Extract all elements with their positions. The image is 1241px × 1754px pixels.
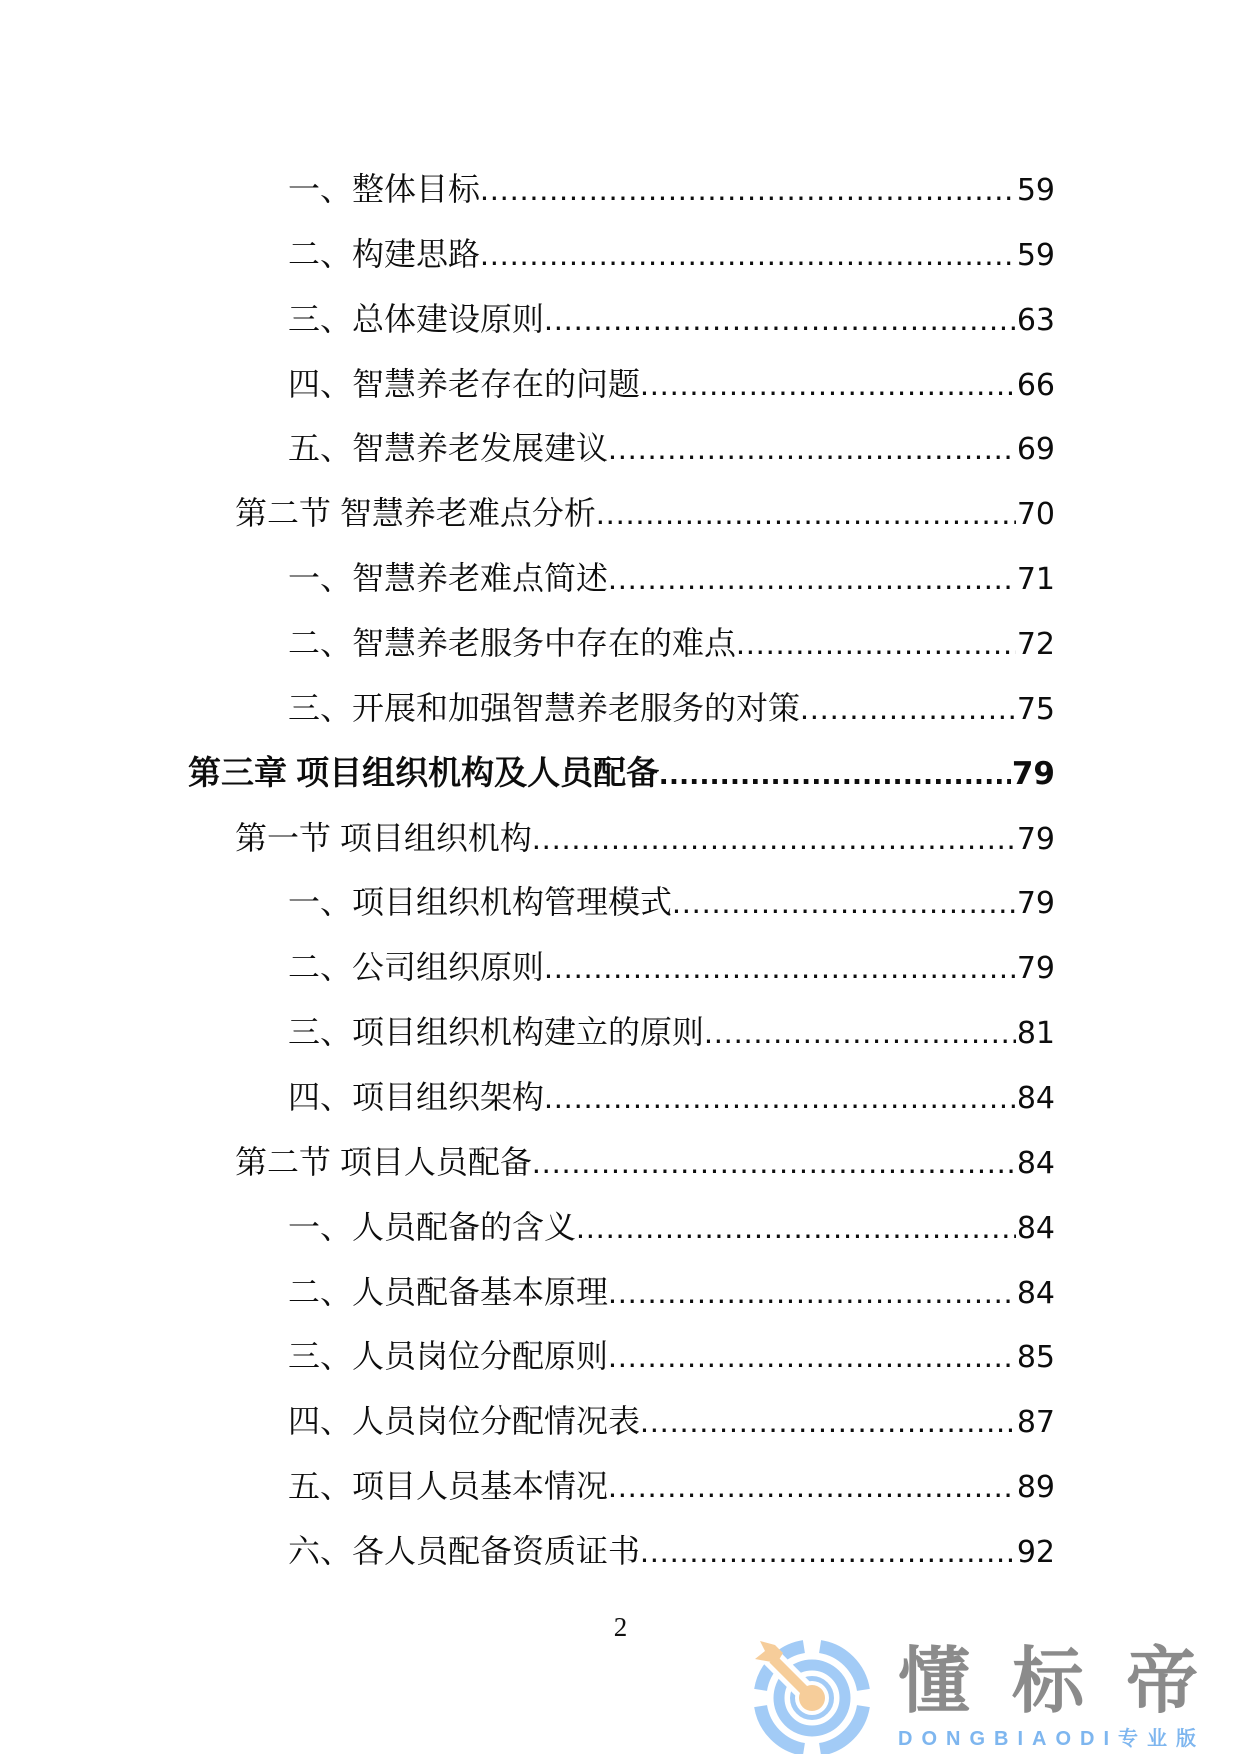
toc-entry-label: 六、各人员配备资质证书 — [288, 1519, 640, 1584]
toc-leader-dots — [608, 546, 1016, 611]
toc-entry-label: 四、项目组织架构 — [288, 1065, 544, 1130]
toc-leader-dots — [672, 870, 1016, 935]
toc-entry: 第二节 项目人员配备 84 — [235, 1130, 1055, 1195]
toc-leader-dots — [608, 1324, 1016, 1389]
toc-leader-dots — [544, 935, 1016, 1000]
toc-entry-page-number: 79 — [1011, 742, 1055, 807]
toc-entry: 一、整体目标 59 — [288, 157, 1055, 222]
dongbiaodi-watermark: 懂标帝 DONGBIAODI专业版 — [752, 1632, 1241, 1754]
toc-entry-label: 第二节 项目人员配备 — [235, 1130, 532, 1195]
target-bullseye-icon — [752, 1638, 872, 1754]
toc-entry: 四、人员岗位分配情况表 87 — [288, 1389, 1055, 1454]
toc-leader-dots — [544, 1065, 1016, 1130]
toc-entry: 三、人员岗位分配原则 85 — [288, 1324, 1055, 1389]
toc-entry-page-number: 72 — [1016, 613, 1055, 678]
toc-entry: 第一节 项目组织机构 79 — [235, 806, 1055, 871]
toc-entry: 六、各人员配备资质证书 92 — [288, 1519, 1055, 1584]
toc-entry-page-number: 89 — [1016, 1456, 1055, 1521]
toc-leader-dots — [608, 1260, 1016, 1325]
toc-entry-page-number: 63 — [1016, 289, 1055, 354]
toc-entry: 三、总体建设原则 63 — [288, 287, 1055, 352]
toc-entry-label: 第三章 项目组织机构及人员配备 — [188, 741, 659, 806]
toc-leader-dots — [640, 1389, 1016, 1454]
toc-entry: 五、智慧养老发展建议 69 — [288, 416, 1055, 481]
toc-leader-dots — [576, 1195, 1016, 1260]
toc-entry-page-number: 59 — [1016, 224, 1055, 289]
toc-leader-dots — [659, 741, 1011, 806]
toc-entry-page-number: 59 — [1016, 159, 1055, 224]
table-of-contents: 一、整体目标 59 二、构建思路 59 三、总体建设原则 63 四、智慧养老存在… — [0, 0, 1241, 1584]
toc-entry-label: 三、总体建设原则 — [288, 287, 544, 352]
toc-entry-label: 第一节 项目组织机构 — [235, 806, 532, 871]
toc-entry-page-number: 81 — [1016, 1002, 1055, 1067]
toc-entry-label: 一、人员配备的含义 — [288, 1195, 576, 1260]
toc-leader-dots — [532, 1130, 1016, 1195]
toc-entry: 一、项目组织机构管理模式 79 — [288, 870, 1055, 935]
toc-leader-dots — [596, 481, 1016, 546]
toc-leader-dots — [800, 676, 1016, 741]
toc-leader-dots — [544, 287, 1016, 352]
toc-entry-page-number: 69 — [1016, 418, 1055, 483]
toc-entry: 第二节 智慧养老难点分析 70 — [235, 481, 1055, 546]
toc-entry-page-number: 79 — [1016, 872, 1055, 937]
toc-entry-label: 第二节 智慧养老难点分析 — [235, 481, 596, 546]
toc-entry-page-number: 75 — [1016, 678, 1055, 743]
toc-entry-label: 三、项目组织机构建立的原则 — [288, 1000, 704, 1065]
toc-entry: 二、公司组织原则 79 — [288, 935, 1055, 1000]
toc-entry: 一、智慧养老难点简述 71 — [288, 546, 1055, 611]
toc-entry-label: 二、构建思路 — [288, 222, 480, 287]
toc-leader-dots — [532, 806, 1016, 871]
toc-leader-dots — [608, 1454, 1016, 1519]
toc-entry-label: 三、人员岗位分配原则 — [288, 1324, 608, 1389]
watermark-brand-name: 懂标帝 — [898, 1646, 1240, 1718]
toc-entry-page-number: 85 — [1016, 1326, 1055, 1391]
toc-entry: 四、项目组织架构 84 — [288, 1065, 1055, 1130]
toc-leader-dots — [736, 611, 1016, 676]
toc-leader-dots — [640, 1519, 1016, 1584]
toc-entry: 二、人员配备基本原理 84 — [288, 1260, 1055, 1325]
toc-entry-label: 三、开展和加强智慧养老服务的对策 — [288, 676, 800, 741]
toc-entry-page-number: 70 — [1016, 483, 1055, 548]
toc-entry-page-number: 87 — [1016, 1391, 1055, 1456]
toc-entry-page-number: 71 — [1016, 548, 1055, 613]
toc-entry-page-number: 92 — [1016, 1521, 1055, 1586]
toc-entry: 四、智慧养老存在的问题 66 — [288, 352, 1055, 417]
toc-entry-label: 一、项目组织机构管理模式 — [288, 870, 672, 935]
watermark-text: 懂标帝 DONGBIAODI专业版 — [898, 1646, 1240, 1750]
toc-entry-label: 一、智慧养老难点简述 — [288, 546, 608, 611]
toc-entry: 三、开展和加强智慧养老服务的对策 75 — [288, 676, 1055, 741]
toc-entry-page-number: 66 — [1016, 354, 1055, 419]
toc-leader-dots — [608, 416, 1016, 481]
toc-entry: 二、智慧养老服务中存在的难点 72 — [288, 611, 1055, 676]
toc-entry: 三、项目组织机构建立的原则 81 — [288, 1000, 1055, 1065]
toc-entry: 二、构建思路 59 — [288, 222, 1055, 287]
toc-entry: 五、项目人员基本情况 89 — [288, 1454, 1055, 1519]
toc-entry-page-number: 84 — [1016, 1262, 1055, 1327]
toc-entry-page-number: 79 — [1016, 937, 1055, 1002]
watermark-subtitle: DONGBIAODI专业版 — [898, 1728, 1240, 1750]
toc-entry-page-number: 79 — [1016, 808, 1055, 873]
toc-entry-label: 五、项目人员基本情况 — [288, 1454, 608, 1519]
toc-entry: 第三章 项目组织机构及人员配备 79 — [188, 741, 1055, 806]
toc-entry-label: 一、整体目标 — [288, 157, 480, 222]
toc-entry-page-number: 84 — [1016, 1197, 1055, 1262]
toc-entry-page-number: 84 — [1016, 1132, 1055, 1197]
toc-entry-label: 二、公司组织原则 — [288, 935, 544, 1000]
toc-entry-page-number: 84 — [1016, 1067, 1055, 1132]
toc-leader-dots — [480, 222, 1016, 287]
toc-entry-label: 四、智慧养老存在的问题 — [288, 352, 640, 417]
toc-leader-dots — [640, 352, 1016, 417]
toc-entry-label: 四、人员岗位分配情况表 — [288, 1389, 640, 1454]
toc-entry-label: 二、人员配备基本原理 — [288, 1260, 608, 1325]
toc-entry-label: 五、智慧养老发展建议 — [288, 416, 608, 481]
toc-leader-dots — [480, 157, 1016, 222]
toc-leader-dots — [704, 1000, 1016, 1065]
toc-entry: 一、人员配备的含义 84 — [288, 1195, 1055, 1260]
toc-entry-label: 二、智慧养老服务中存在的难点 — [288, 611, 736, 676]
